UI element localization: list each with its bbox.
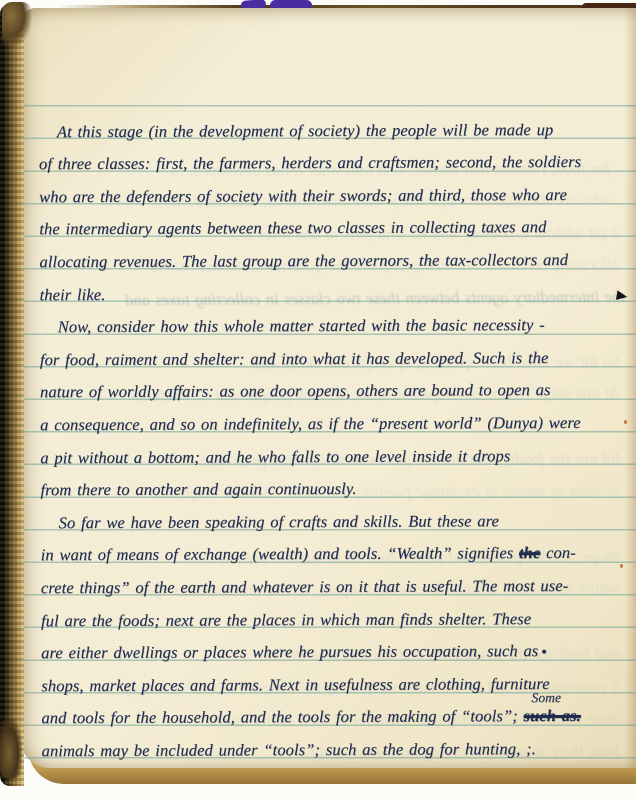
line-text: At this stage (in the development of soc… xyxy=(57,120,553,141)
line-text: a pit without a bottom; and he who falls… xyxy=(40,446,510,467)
line-text: con- xyxy=(540,543,576,562)
scanned-notebook-photo: for food, raiment and shelter: and into … xyxy=(0,0,636,800)
manuscript-line: are either dwellings or places where he … xyxy=(41,634,631,670)
manuscript-line: their like.▶ xyxy=(40,275,630,311)
line-text: the intermediary agents between these tw… xyxy=(39,217,546,238)
arrow-ink-mark: ▶ xyxy=(614,280,630,311)
struck-text: such as.Some xyxy=(523,706,580,725)
struck-text: the xyxy=(519,543,540,562)
line-text: nature of worldly affairs: as one door o… xyxy=(40,380,551,401)
manuscript-line: in want of means of exchange (wealth) an… xyxy=(41,536,631,572)
line-text: who are the defenders of society with th… xyxy=(39,185,567,206)
manuscript-line: and tools for the household, and the too… xyxy=(41,699,631,735)
line-text: crete things” of the earth and whatever … xyxy=(41,576,568,597)
manuscript-line: a pit without a bottom; and he who falls… xyxy=(40,438,630,474)
line-text: of three classes: first, the farmers, he… xyxy=(39,152,581,173)
line-text: allocating revenues. The last group are … xyxy=(39,250,568,271)
notebook-page: for food, raiment and shelter: and into … xyxy=(20,8,636,768)
line-text: ful are the foods; next are the places i… xyxy=(41,609,531,630)
manuscript-line: who are the defenders of society with th… xyxy=(39,178,629,214)
line-text: a consequence, and so on indefinitely, a… xyxy=(40,413,581,434)
manuscript-line: animals may be included under “tools”; s… xyxy=(42,732,632,768)
manuscript-line: allocating revenues. The last group are … xyxy=(39,243,629,279)
line-text: and tools for the household, and the too… xyxy=(41,707,523,728)
line-text: from there to another and again continuo… xyxy=(40,479,356,499)
notebook-binding xyxy=(0,4,24,786)
manuscript-line: of three classes: first, the farmers, he… xyxy=(39,145,629,181)
line-text: shops, market places and farms. Next in … xyxy=(41,674,549,695)
manuscript-line: At this stage (in the development of soc… xyxy=(39,112,636,148)
manuscript-line: Now, consider how this whole matter star… xyxy=(40,308,636,344)
inserted-word: Some xyxy=(531,691,561,705)
line-text: in want of means of exchange (wealth) an… xyxy=(41,544,519,565)
line-text: are either dwellings or places where he … xyxy=(41,641,538,662)
manuscript-line: ful are the foods; next are the places i… xyxy=(41,601,631,637)
ink-blot: ● xyxy=(541,646,547,656)
manuscript-text: At this stage (in the development of soc… xyxy=(38,7,631,770)
manuscript-line: nature of worldly affairs: as one door o… xyxy=(40,373,630,409)
manuscript-line: a consequence, and so on indefinitely, a… xyxy=(40,406,630,442)
line-text: So far we have been speaking of crafts a… xyxy=(59,511,499,532)
line-text: animals may be included under “tools”; s… xyxy=(42,739,536,760)
manuscript-line: for food, raiment and shelter: and into … xyxy=(40,341,630,377)
manuscript-line: the intermediary agents between these tw… xyxy=(39,210,629,246)
manuscript-line: So far we have been speaking of crafts a… xyxy=(41,503,636,539)
manuscript-line: from there to another and again continuo… xyxy=(40,471,630,507)
line-text: Now, consider how this whole matter star… xyxy=(58,315,545,336)
line-text: their like. xyxy=(40,285,106,304)
manuscript-line: crete things” of the earth and whatever … xyxy=(41,569,631,605)
line-text: for food, raiment and shelter: and into … xyxy=(40,348,549,369)
